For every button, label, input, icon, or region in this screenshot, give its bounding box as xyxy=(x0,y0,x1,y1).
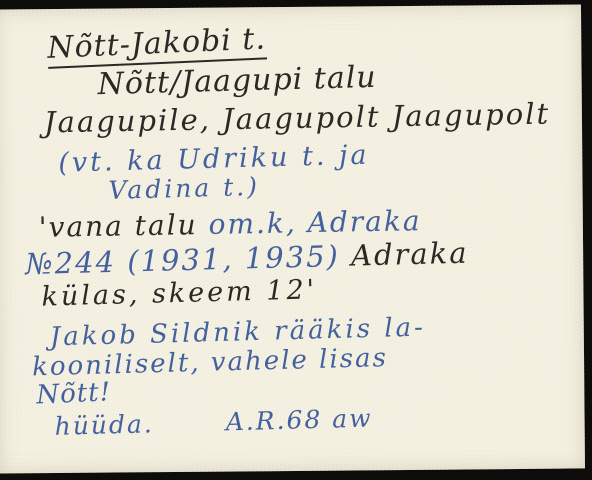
handwritten-line-title: Nõtt-Jakobi t. xyxy=(47,21,267,66)
handwritten-line: Vadina t.) xyxy=(108,172,260,205)
cross-reference-continuation-text: Vadina t.) xyxy=(108,172,260,205)
card-title-text: Nõtt-Jakobi t. xyxy=(47,21,267,69)
scanned-card-page: Nõtt-Jakobi t. Nõtt/Jaagupi talu Jaagupi… xyxy=(0,0,592,480)
closing-word-text: hüüda. xyxy=(54,409,154,441)
collector-initials-text: A.R.68 aw xyxy=(225,404,373,437)
handwritten-line: Jaagupile, Jaagupolt Jaagupolt xyxy=(44,97,551,140)
handwritten-line: Nõtt/Jaagupi talu xyxy=(97,60,377,102)
case-forms-text: Jaagupile, Jaagupolt Jaagupolt xyxy=(44,97,551,140)
farm-name-text: Nõtt/Jaagupi talu xyxy=(97,60,377,102)
old-farm-note-text: 'vana talu xyxy=(39,208,209,244)
exclamation-text: Nõtt! xyxy=(36,377,112,410)
village-scheme-text: külas, skeem 12' xyxy=(41,274,317,312)
handwritten-line: külas, skeem 12' xyxy=(41,274,317,312)
index-card: Nõtt-Jakobi t. Nõtt/Jaagupi talu Jaagupi… xyxy=(0,4,585,473)
village-name-text: Adraka xyxy=(351,236,469,273)
handwritten-line-signature: hüüda. A.R.68 aw xyxy=(54,404,373,441)
handwritten-line: Nõtt! xyxy=(36,377,112,410)
owner-abbrev-text: om.k, Adraka xyxy=(208,204,422,241)
